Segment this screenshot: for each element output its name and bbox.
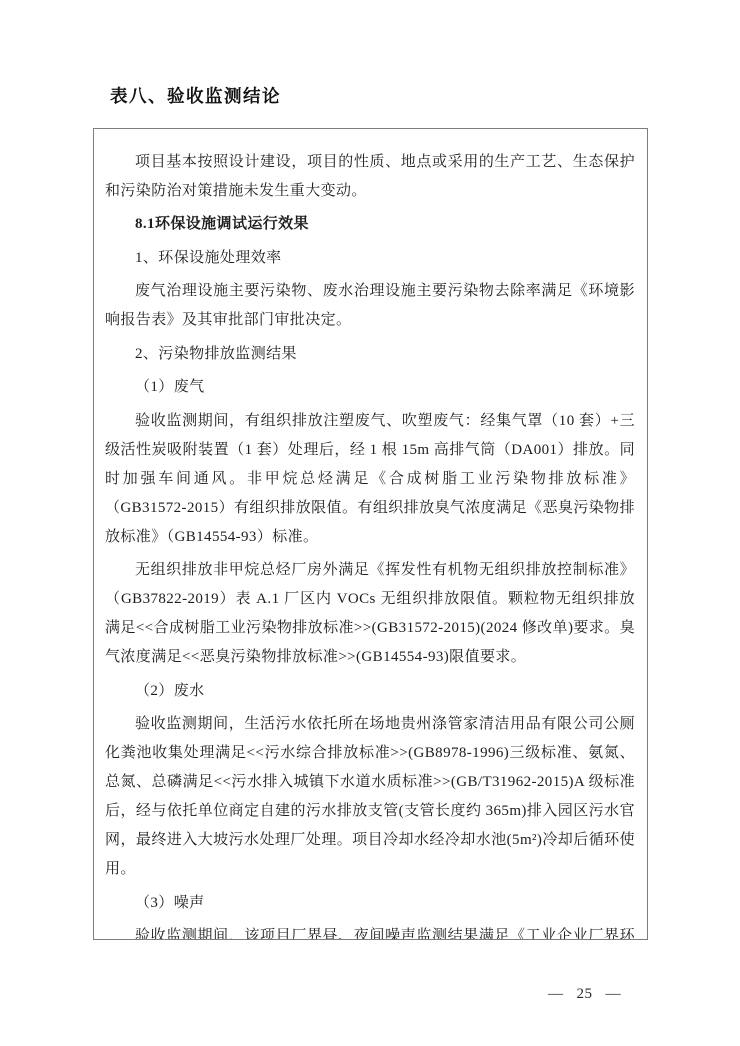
page-number: 25 [577, 986, 593, 1003]
paragraph: 无组织排放非甲烷总烃厂房外满足《挥发性有机物无组织排放控制标准》（GB37822… [105, 556, 635, 672]
paragraph: 验收监测期间，有组织排放注塑废气、吹塑废气：经集气罩（10 套）+三级活性炭吸附… [105, 407, 635, 552]
paragraph: 废气治理设施主要污染物、废水治理设施主要污染物去除率满足《环境影响报告表》及其审… [105, 277, 635, 335]
list-heading: （3）噪声 [105, 889, 635, 918]
paragraph: 验收监测期间，该项目厂界昼、夜间噪声监测结果满足《工业企业厂界环境噪 [105, 922, 635, 940]
footer-dash-right: — [606, 986, 622, 1003]
footer-dash-left: — [548, 986, 564, 1003]
section-heading: 8.1环保设施调试运行效果 [105, 210, 635, 239]
document-body: 项目基本按照设计建设，项目的性质、地点或采用的生产工艺、生态保护和污染防治对策措… [105, 148, 635, 941]
document-page: 表八、验收监测结论 项目基本按照设计建设，项目的性质、地点或采用的生产工艺、生态… [0, 0, 740, 1046]
paragraph: 验收监测期间，生活污水依托所在场地贵州涤管家清洁用品有限公司公厕化粪池收集处理满… [105, 710, 635, 884]
list-heading: 2、污染物排放监测结果 [105, 340, 635, 369]
list-heading: （1）废气 [105, 373, 635, 402]
doc-section-title: 表八、验收监测结论 [110, 83, 281, 108]
paragraph: 项目基本按照设计建设，项目的性质、地点或采用的生产工艺、生态保护和污染防治对策措… [105, 148, 635, 206]
list-heading: （2）废水 [105, 677, 635, 706]
content-box: 项目基本按照设计建设，项目的性质、地点或采用的生产工艺、生态保护和污染防治对策措… [93, 128, 648, 940]
page-footer: — 25 — [548, 986, 621, 1003]
list-heading: 1、环保设施处理效率 [105, 244, 635, 273]
